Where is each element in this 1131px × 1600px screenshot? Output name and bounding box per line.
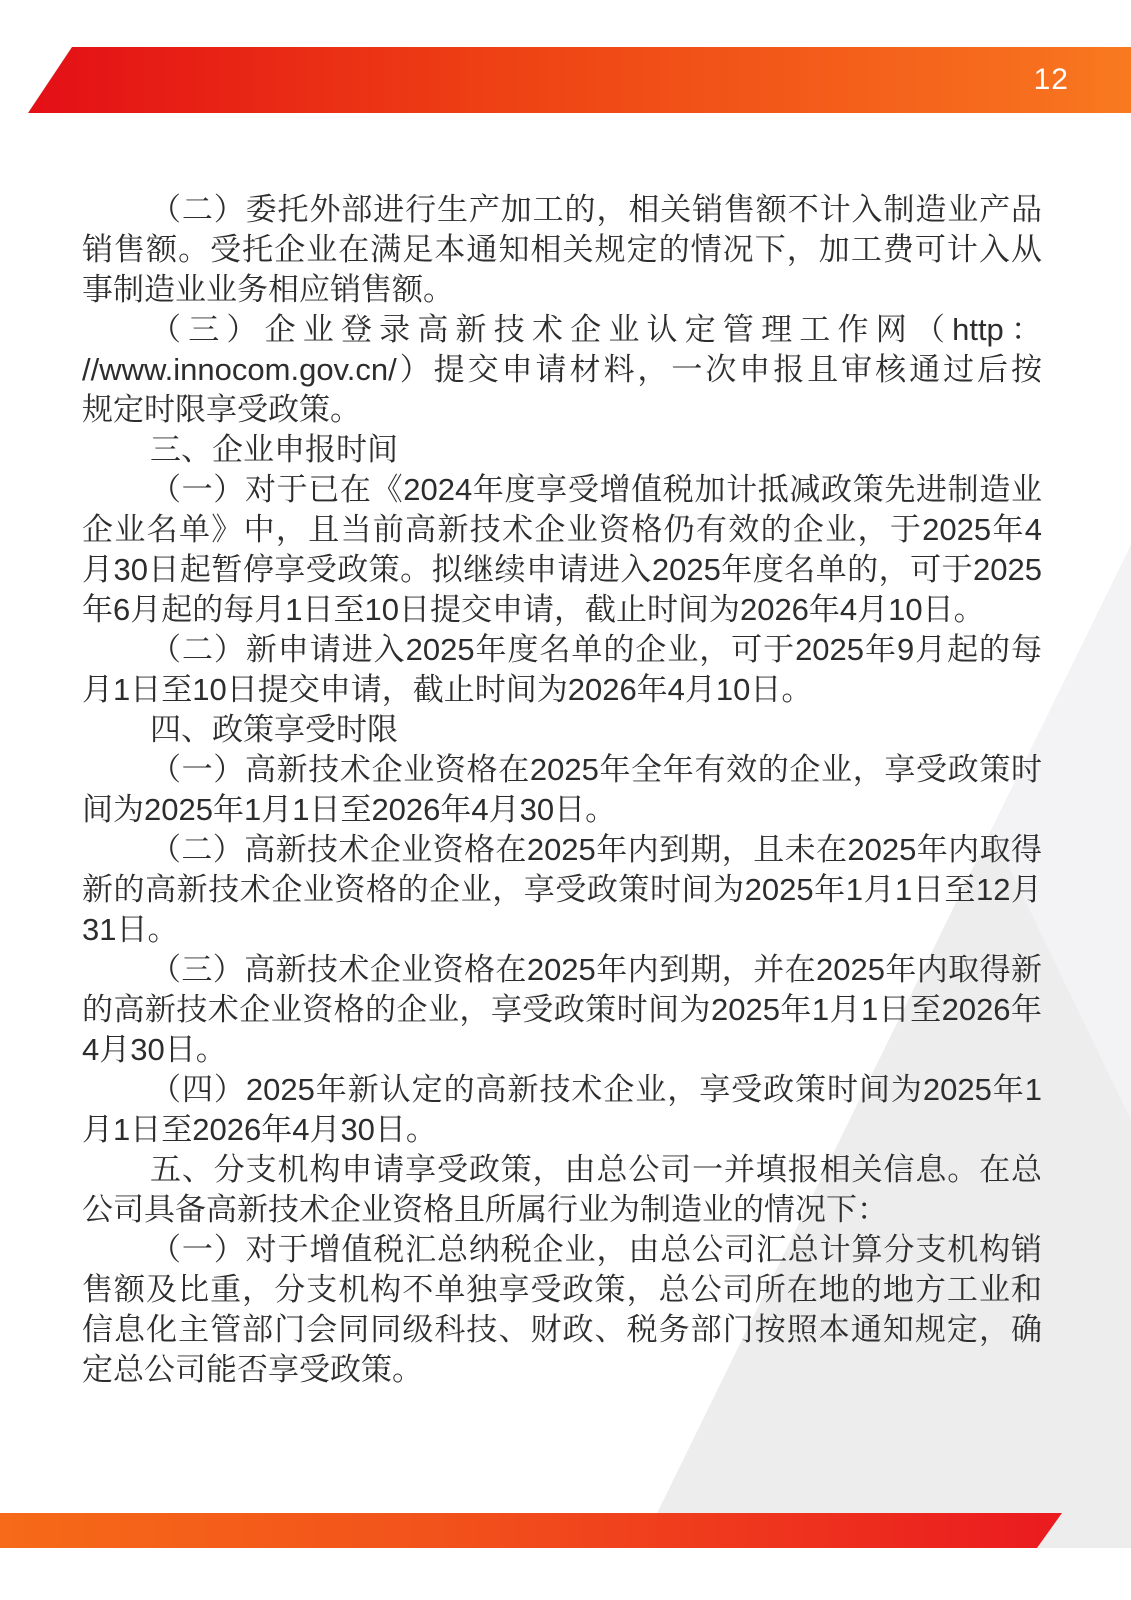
text-line: （三）高新技术企业资格在2025年内到期，并在2025年内取得新 <box>82 950 1042 990</box>
text-line: （四）2025年新认定的高新技术企业，享受政策时间为2025年1 <box>82 1070 1042 1110</box>
text-line: 间为2025年1月1日至2026年4月30日。 <box>82 790 1042 830</box>
page-number: 12 <box>1034 65 1131 95</box>
text-line: 公司具备高新技术企业资格且所属行业为制造业的情况下： <box>82 1190 1042 1230</box>
text-line: （二）高新技术企业资格在2025年内到期，且未在2025年内取得 <box>82 830 1042 870</box>
document-page: 12 （二）委托外部进行生产加工的，相关销售额不计入制造业产品销售额。受托企业在… <box>0 0 1131 1600</box>
text-line: 定总公司能否享受政策。 <box>82 1350 1042 1390</box>
text-line: 四、政策享受时限 <box>82 710 1042 750</box>
text-line: （三）企业登录高新技术企业认定管理工作网（http： <box>82 310 1042 350</box>
text-line: （二）委托外部进行生产加工的，相关销售额不计入制造业产品 <box>82 190 1042 230</box>
text-line: （一）高新技术企业资格在2025年全年有效的企业，享受政策时 <box>82 750 1042 790</box>
text-line: （二）新申请进入2025年度名单的企业，可于2025年9月起的每 <box>82 630 1042 670</box>
text-line: 月30日起暂停享受政策。拟继续申请进入2025年度名单的，可于2025 <box>82 550 1042 590</box>
footer-band <box>0 1513 1131 1548</box>
text-line: 规定时限享受政策。 <box>82 390 1042 430</box>
text-line: 年6月起的每月1日至10日提交申请，截止时间为2026年4月10日。 <box>82 590 1042 630</box>
text-line: （一）对于增值税汇总纳税企业，由总公司汇总计算分支机构销 <box>82 1230 1042 1270</box>
document-body: （二）委托外部进行生产加工的，相关销售额不计入制造业产品销售额。受托企业在满足本… <box>82 190 1042 1390</box>
header-band: 12 <box>0 47 1131 113</box>
text-line: 的高新技术企业资格的企业，享受政策时间为2025年1月1日至2026年 <box>82 990 1042 1030</box>
text-line: 4月30日。 <box>82 1030 1042 1070</box>
text-line: 月1日至2026年4月30日。 <box>82 1110 1042 1150</box>
text-line: 月1日至10日提交申请，截止时间为2026年4月10日。 <box>82 670 1042 710</box>
text-line: 三、企业申报时间 <box>82 430 1042 470</box>
text-line: 事制造业业务相应销售额。 <box>82 270 1042 310</box>
text-line: 售额及比重，分支机构不单独享受政策，总公司所在地的地方工业和 <box>82 1270 1042 1310</box>
text-line: 新的高新技术企业资格的企业，享受政策时间为2025年1月1日至12月 <box>82 870 1042 910</box>
text-line: //www.innocom.gov.cn/）提交申请材料，一次申报且审核通过后按 <box>82 350 1042 390</box>
text-line: 信息化主管部门会同同级科技、财政、税务部门按照本通知规定，确 <box>82 1310 1042 1350</box>
text-line: （一）对于已在《2024年度享受增值税加计抵减政策先进制造业 <box>82 470 1042 510</box>
text-line: 31日。 <box>82 910 1042 950</box>
text-line: 企业名单》中，且当前高新技术企业资格仍有效的企业，于2025年4 <box>82 510 1042 550</box>
text-line: 五、分支机构申请享受政策，由总公司一并填报相关信息。在总 <box>82 1150 1042 1190</box>
text-line: 销售额。受托企业在满足本通知相关规定的情况下，加工费可计入从 <box>82 230 1042 270</box>
